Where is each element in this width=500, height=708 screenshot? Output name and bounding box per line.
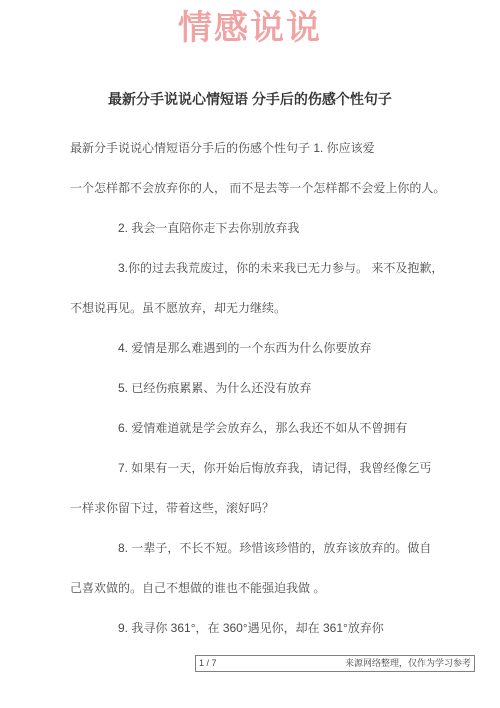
text-line: 己喜欢做的。自己不想做的谁也不能强迫我做 。 <box>70 581 325 597</box>
document-page: 情感说说 最新分手说说心情短语 分手后的伤感个性句子 最新分手说说心情短语分手后… <box>0 0 500 708</box>
text-line: 5. 已经伤痕累累、为什么还没有放弃 <box>118 381 311 397</box>
body-text: 最新分手说说心情短语分手后的伤感个性句子 1. 你应该爱 一个怎样都不会放弃你的… <box>0 0 500 708</box>
text-line: 一个怎样都不会放弃你的人， 而不是去等一个怎样都不会爱上你的人。 <box>70 181 445 197</box>
page-number: 1 / 7 <box>199 659 217 668</box>
text-line: 一样求你留下过，带着这些，滚好吗？ <box>70 501 274 517</box>
text-line: 4. 爱情是那么难遇到的一个东西为什么你要放弃 <box>118 341 371 357</box>
text-line: 9. 我寻你 361°，在 360°遇见你，却在 361°放弃你 <box>118 621 384 637</box>
text-line: 8. 一辈子，不长不短。珍惜该珍惜的，放弃该放弃的。做自 <box>118 541 431 557</box>
text-line: 最新分手说说心情短语分手后的伤感个性句子 1. 你应该爱 <box>70 141 375 157</box>
text-line: 6. 爱情难道就是学会放弃么，那么我还不如从不曾拥有 <box>118 421 407 437</box>
source-note: 来源网络整理，仅作为学习参考 <box>345 659 471 668</box>
text-line: 2. 我会一直陪你走下去你别放弃我 <box>118 221 299 237</box>
text-line: 不想说再见。虽不愿放弃，却无力继续。 <box>70 301 286 317</box>
text-line: 7. 如果有一天，你开始后悔放弃我，请记得，我曾经像乞丐 <box>118 461 431 477</box>
footer-bar: 1 / 7 来源网络整理，仅作为学习参考 <box>195 655 475 672</box>
text-line: 3.你的过去我荒废过，你的未来我已无力参与。 来不及抱歉， <box>118 261 443 277</box>
